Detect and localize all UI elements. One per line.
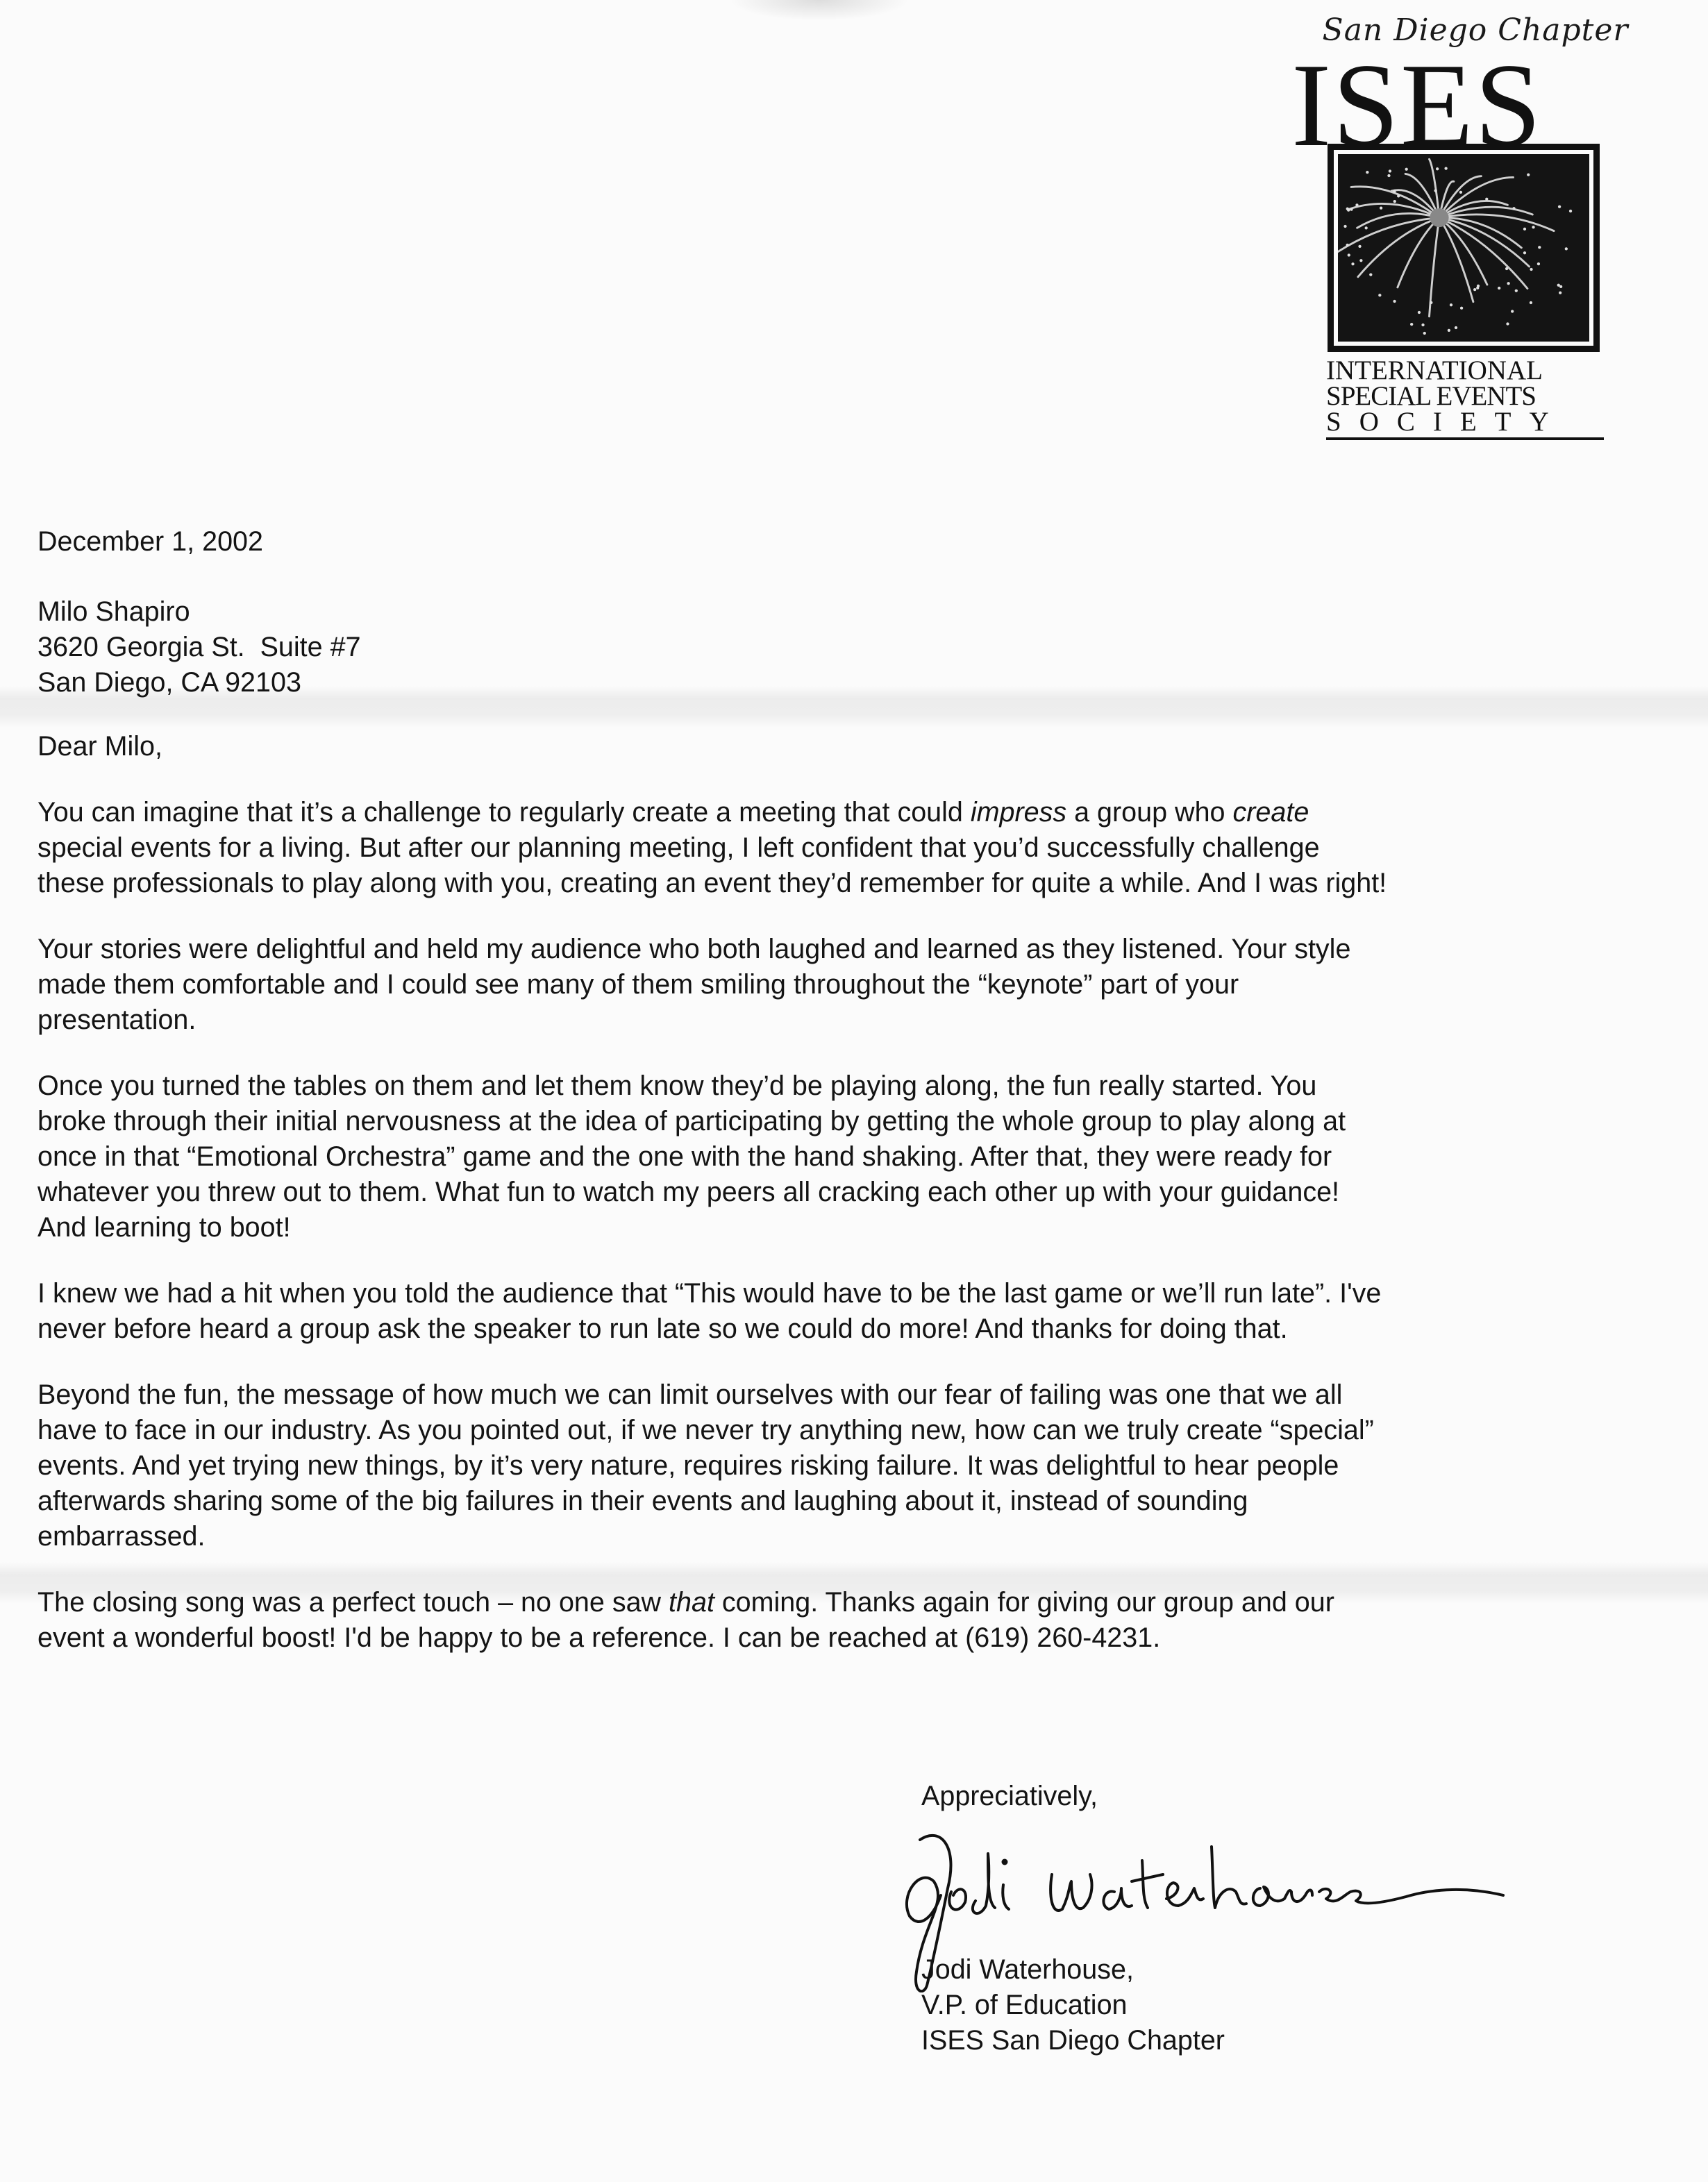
letter-body: December 1, 2002 Milo Shapiro 3620 Georg… <box>37 524 1565 1656</box>
salutation: Dear Milo, <box>37 729 1565 764</box>
fireworks-emblem <box>1328 144 1600 352</box>
signer-title: V.P. of Education <box>921 1988 1225 2023</box>
letter-paragraph: Beyond the fun, the message of how much … <box>37 1377 1565 1554</box>
signer-block: Jodi Waterhouse, V.P. of Education ISES … <box>921 1952 1225 2058</box>
recipient-address: Milo Shapiro 3620 Georgia St. Suite #7 S… <box>37 594 1565 700</box>
recipient-street: 3620 Georgia St. Suite #7 <box>37 630 1565 665</box>
letter-paragraph: Your stories were delightful and held my… <box>37 932 1565 1038</box>
letter-paragraph: Once you turned the tables on them and l… <box>37 1068 1565 1245</box>
org-full-name: INTERNATIONAL SPECIAL EVENTS SOCIETY <box>1326 358 1604 440</box>
scan-shadow <box>729 0 910 21</box>
signer-name: Jodi Waterhouse, <box>921 1952 1225 1988</box>
letter-date: December 1, 2002 <box>37 524 1565 560</box>
letter-paragraph: You can imagine that it’s a challenge to… <box>37 795 1565 901</box>
closing: Appreciatively, <box>921 1779 1098 1814</box>
letter-paragraph: I knew we had a hit when you told the au… <box>37 1276 1565 1347</box>
letter-paragraphs: You can imagine that it’s a challenge to… <box>37 795 1565 1656</box>
recipient-city: San Diego, CA 92103 <box>37 665 1565 700</box>
recipient-name: Milo Shapiro <box>37 594 1565 630</box>
org-acronym: ISES <box>1291 53 1666 144</box>
ises-logo: San Diego Chapter ISES INTERNATIONAL SPE… <box>1278 12 1666 440</box>
fireworks-burst-icon <box>1338 154 1589 342</box>
letter-paragraph: The closing song was a perfect touch – n… <box>37 1585 1565 1656</box>
signer-organization: ISES San Diego Chapter <box>921 2023 1225 2058</box>
